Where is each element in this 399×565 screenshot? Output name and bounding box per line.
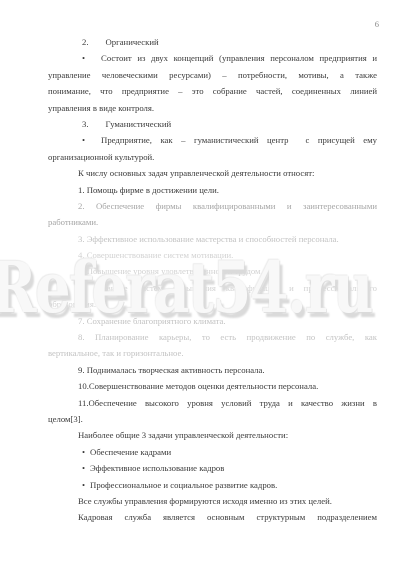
text-line: 6. Развитие систем повышения квалификаци… bbox=[48, 280, 377, 296]
paragraph: 11.Обеспечение высокого уровня условий т… bbox=[48, 395, 377, 428]
text-line: 1. Помощь фирме в достижении цели. bbox=[48, 182, 377, 198]
paragraph: 10.Совершенствование методов оценки деят… bbox=[48, 378, 377, 394]
page-number: 6 bbox=[375, 19, 379, 29]
text-line: 2.Органический bbox=[48, 34, 377, 50]
number-marker: 2. bbox=[82, 37, 89, 47]
paragraph: 7. Сохранение благоприятного климата. bbox=[48, 313, 377, 329]
text-line: 10.Совершенствование методов оценки деят… bbox=[48, 378, 377, 394]
bullet-marker: • bbox=[82, 463, 85, 473]
bullet-marker: • bbox=[82, 447, 85, 457]
text-line: 8. Планирование карьеры, то есть продвиж… bbox=[48, 329, 377, 345]
text-line: управление человеческими ресурсами) – по… bbox=[48, 67, 377, 83]
paragraph: 6. Развитие систем повышения квалификаци… bbox=[48, 280, 377, 313]
text-line: 5. Повышение уровня удовлетворенности тр… bbox=[48, 263, 377, 279]
text-line: •Состоит из двух концепций (управления п… bbox=[48, 50, 377, 66]
text-line: работниками. bbox=[48, 214, 377, 230]
paragraph: 3. Эффективное использование мастерства … bbox=[48, 231, 377, 247]
text-line: 11.Обеспечение высокого уровня условий т… bbox=[48, 395, 377, 411]
number-marker: 3. bbox=[82, 119, 89, 129]
paragraph: 3.Гуманистический bbox=[48, 116, 377, 132]
text-line: управления в виде контроля. bbox=[48, 100, 377, 116]
text-line: 3. Эффективное использование мастерства … bbox=[48, 231, 377, 247]
text-line: 4. Совершенствование систем мотивации. bbox=[48, 247, 377, 263]
tab-space bbox=[85, 142, 101, 143]
paragraph: Кадровая служба является основным структ… bbox=[48, 509, 377, 525]
bullet-marker: • bbox=[82, 135, 85, 145]
text-line: вертикальное, так и горизонтальное. bbox=[48, 345, 377, 361]
text-line: понимание, что предприятие – это собрани… bbox=[48, 83, 377, 99]
paragraph: 2. Обеспечение фирмы квалифицированными … bbox=[48, 198, 377, 231]
paragraph: 5. Повышение уровня удовлетворенности тр… bbox=[48, 263, 377, 279]
text-line: •Эффективное использование кадров bbox=[48, 460, 377, 476]
text-line: 3.Гуманистический bbox=[48, 116, 377, 132]
text-line: •Профессиональное и социальное развитие … bbox=[48, 477, 377, 493]
paragraph: •Состоит из двух концепций (управления п… bbox=[48, 50, 377, 116]
paragraph: 1. Помощь фирме в достижении цели. bbox=[48, 182, 377, 198]
page-body: 2.Органический•Состоит из двух концепций… bbox=[48, 34, 377, 526]
text-line: 9. Поднималась творческая активность пер… bbox=[48, 362, 377, 378]
tab-space bbox=[85, 470, 90, 471]
text-line: 2. Обеспечение фирмы квалифицированными … bbox=[48, 198, 377, 214]
paragraph: Наиболее общие 3 задачи управленческой д… bbox=[48, 427, 377, 443]
paragraph: К числу основных задач управленческой де… bbox=[48, 165, 377, 181]
text-line: •Предприятие, как – гуманистический цент… bbox=[48, 132, 377, 148]
text-line: Кадровая служба является основным структ… bbox=[48, 509, 377, 525]
paragraph: 2.Органический bbox=[48, 34, 377, 50]
bullet-marker: • bbox=[82, 53, 85, 63]
paragraph: 9. Поднималась творческая активность пер… bbox=[48, 362, 377, 378]
paragraph: •Профессиональное и социальное развитие … bbox=[48, 477, 377, 493]
paragraph: Все службы управления формируются исходя… bbox=[48, 493, 377, 509]
text-line: образования. bbox=[48, 296, 377, 312]
document-page: 6 2.Органический•Состоит из двух концепц… bbox=[0, 0, 399, 565]
tab-space bbox=[85, 60, 101, 61]
paragraph: 4. Совершенствование систем мотивации. bbox=[48, 247, 377, 263]
paragraph: 8. Планирование карьеры, то есть продвиж… bbox=[48, 329, 377, 362]
text-line: целом[3]. bbox=[48, 411, 377, 427]
text-line: 7. Сохранение благоприятного климата. bbox=[48, 313, 377, 329]
text-line: организационной культурой. bbox=[48, 149, 377, 165]
text-line: Наиболее общие 3 задачи управленческой д… bbox=[48, 427, 377, 443]
text-line: Все службы управления формируются исходя… bbox=[48, 493, 377, 509]
tab-space bbox=[89, 126, 106, 127]
bullet-marker: • bbox=[82, 480, 85, 490]
tab-space bbox=[85, 487, 90, 488]
tab-space bbox=[89, 44, 106, 45]
paragraph: •Обеспечение кадрами bbox=[48, 444, 377, 460]
text-line: •Обеспечение кадрами bbox=[48, 444, 377, 460]
tab-space bbox=[85, 454, 90, 455]
paragraph: •Предприятие, как – гуманистический цент… bbox=[48, 132, 377, 165]
paragraph: •Эффективное использование кадров bbox=[48, 460, 377, 476]
text-line: К числу основных задач управленческой де… bbox=[48, 165, 377, 181]
